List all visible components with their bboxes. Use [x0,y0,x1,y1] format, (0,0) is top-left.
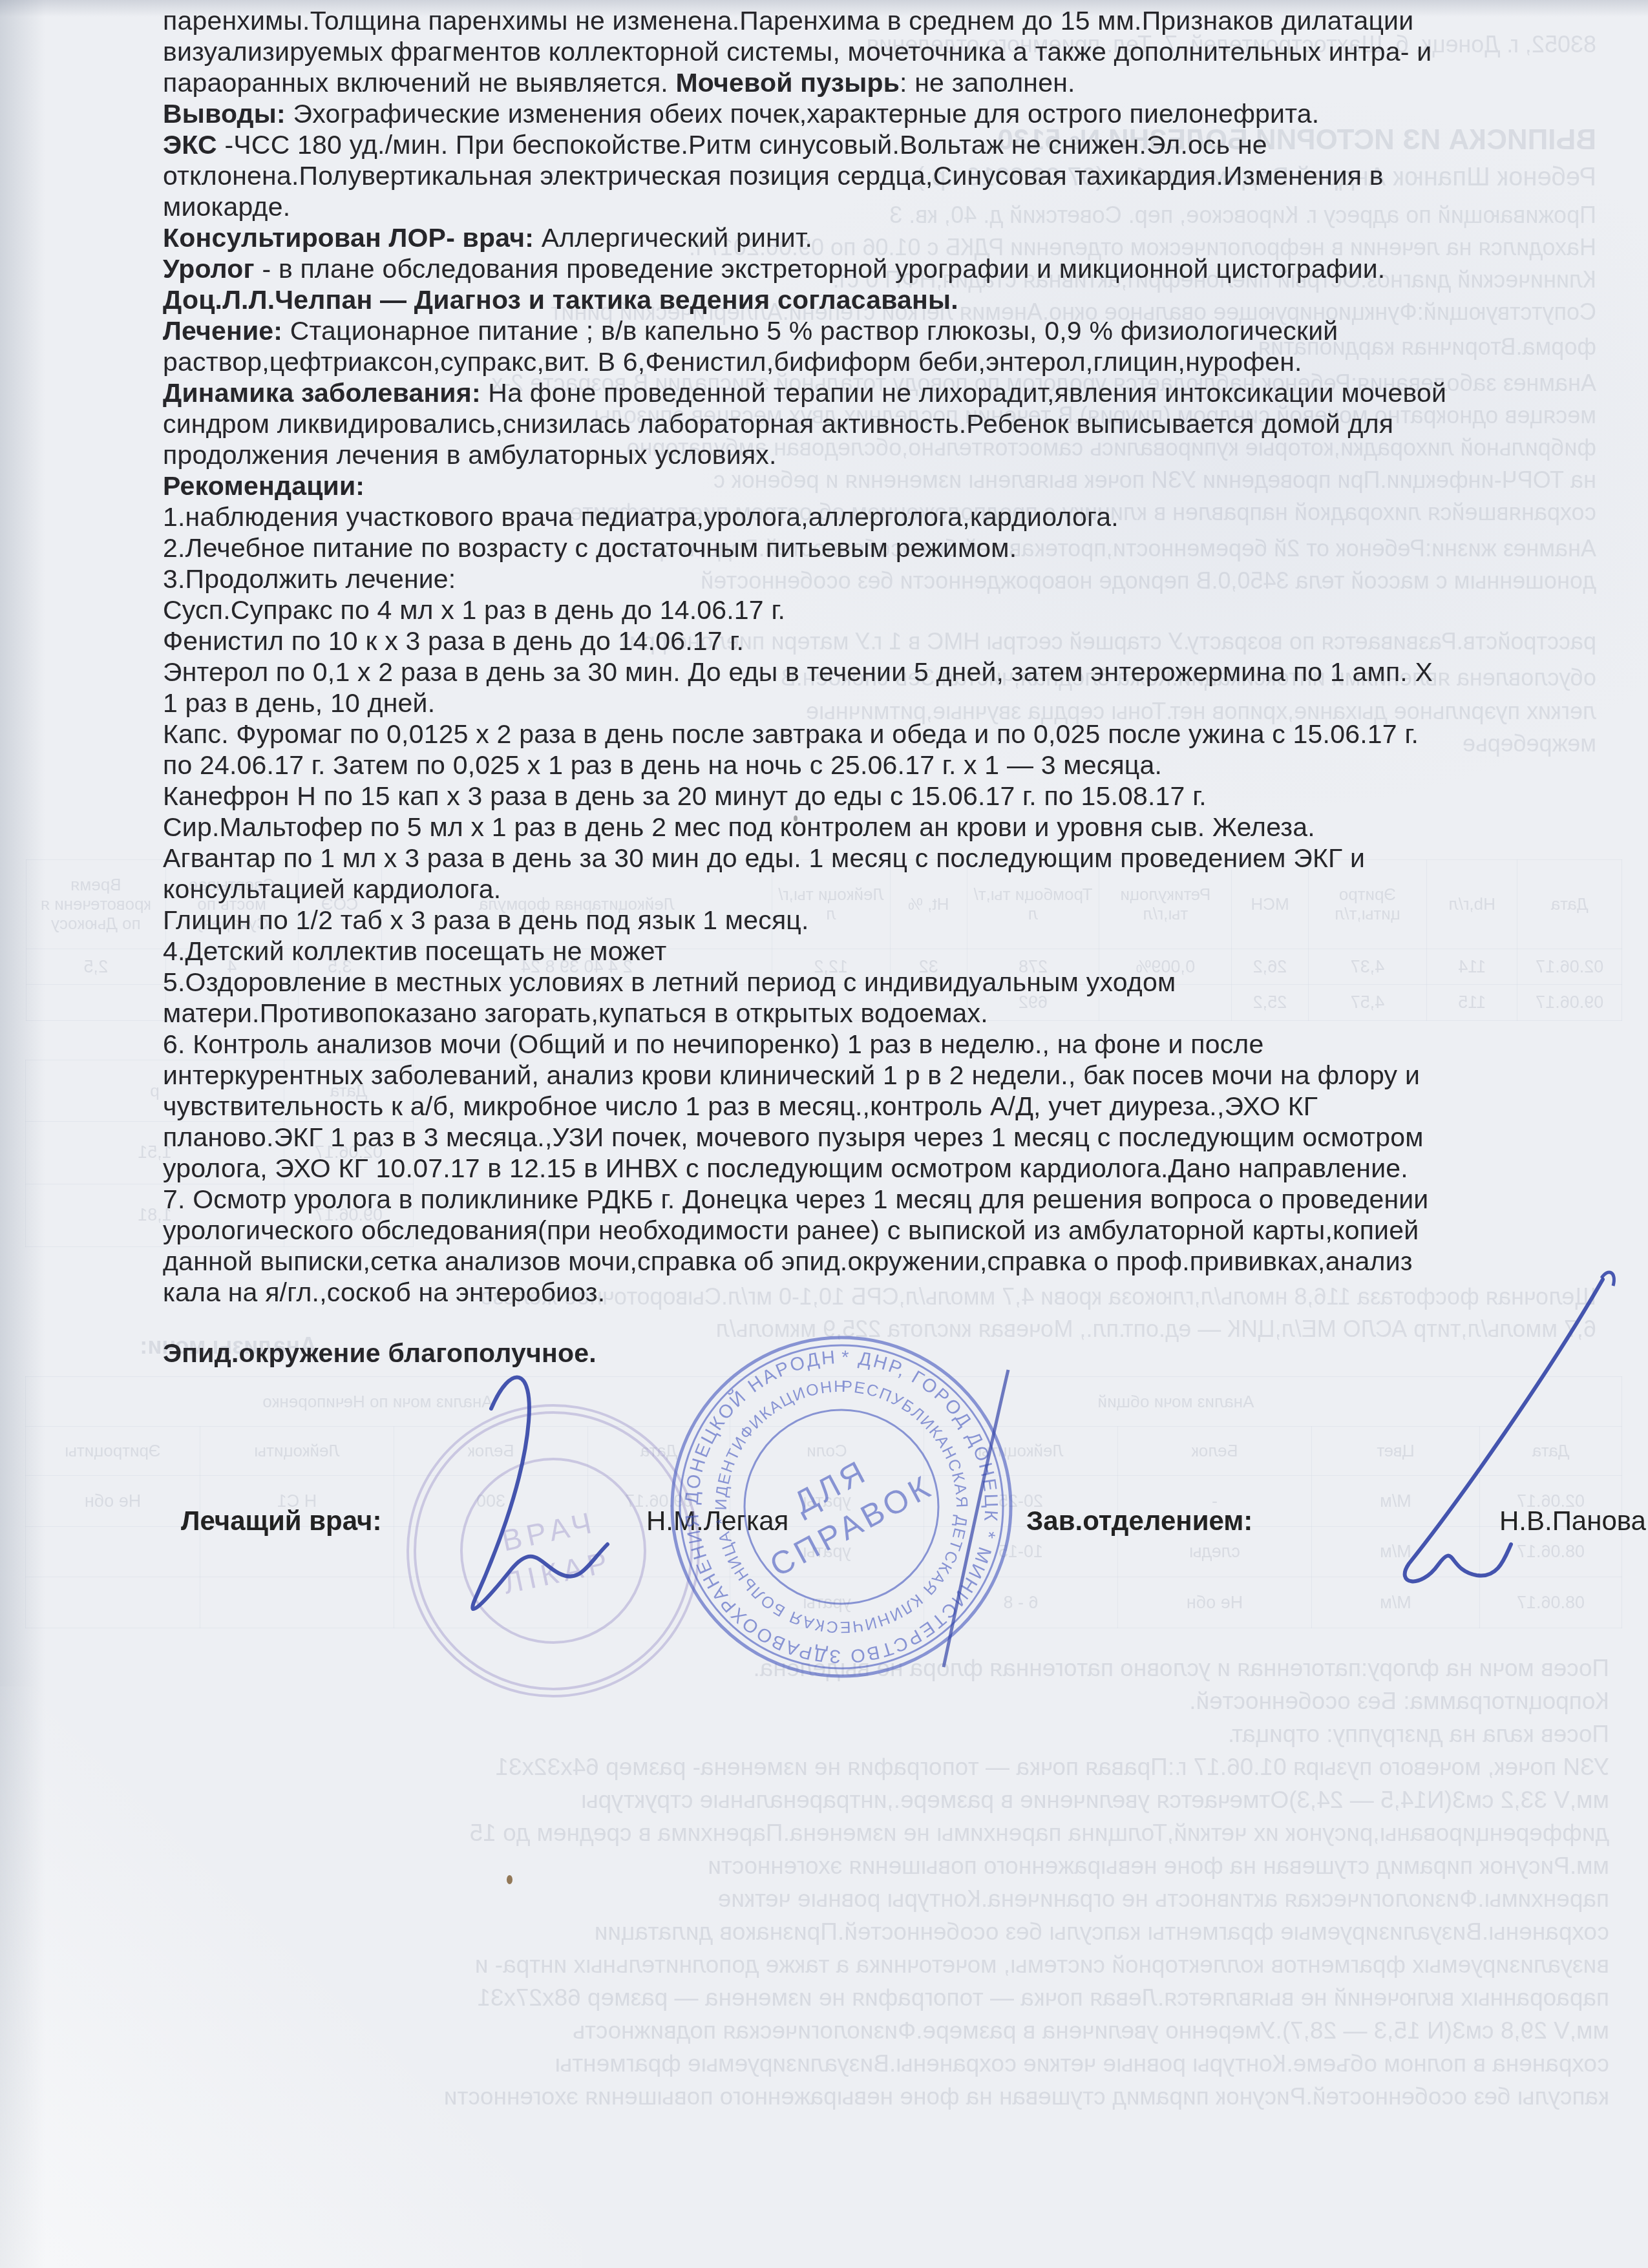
text-line: Глицин по 1/2 таб х 3 раза в день под яз… [163,905,1572,936]
bleed-text-line: мм,V 29,8 см3(N 15,3 — 28,7).Умеренно ув… [32,2014,1609,2047]
bleed-text-line: визуализируемых фрагментов коллекторной … [32,1948,1609,1981]
bleed-text-line: УЗИ почек, мочевого пузыря 01.06.17 г.:П… [32,1750,1609,1783]
text-line: Уролог - в плане обследования проведение… [163,253,1572,284]
text-line: паренхимы.Толщина паренхимы не изменена.… [163,5,1572,36]
text-line: Доц.Л.Л.Челпан — Диагноз и тактика веден… [163,284,1572,315]
text-line: 5.Оздоровление в местных условиях в летн… [163,967,1572,998]
text-line: по 24.06.17 г. Затем по 0,025 х 1 раз в … [163,750,1572,781]
text-line: отклонена.Полувертикальная электрическая… [163,160,1572,191]
text-line: синдром ликвидировались,снизилась лабора… [163,408,1572,439]
text-line: Динамика заболевания: На фоне проведенно… [163,377,1572,408]
bleed-text-line: Копроцитограмма: Без особенностей. [32,1685,1609,1717]
text-line: планово.ЭКГ 1 раз в 3 месяца.,УЗИ почек,… [163,1122,1572,1153]
paper-speck [794,815,798,821]
attending-doctor-label: Лечащий врач: [181,1506,381,1537]
text-line: ЭКС -ЧСС 180 уд./мин. При беспокойстве.Р… [163,129,1572,160]
text-line: Агвантар по 1 мл х 3 раза в день за 30 м… [163,843,1572,874]
text-line: 2.Лечебное питание по возрасту с достато… [163,532,1572,563]
bleed-text-line: паренхимы.Физиологическая активность не … [32,1882,1609,1915]
bleed-text-line: сохранена в полном объеме.Контуры ровные… [32,2047,1609,2080]
scanned-discharge-summary-page: { "colors":{"page_bg":"#edeff3","ink":"#… [0,0,1648,2268]
bleed-text-line: Посев кала на дизгруппу: отрицат. [32,1717,1609,1750]
text-line: параоранных включений не выявляется. Моч… [163,67,1572,98]
text-line: раствор,цефтриаксон,супракс,вит. В 6,Фен… [163,346,1572,377]
text-line: Выводы: Эхографические изменения обеих п… [163,98,1572,129]
text-line: 7. Осмотр уролога в поликлинике РДКБ г. … [163,1184,1572,1215]
bleed-text-line: мм.Рисунок пирамид стушеван на фоне невы… [32,1849,1609,1882]
bleed-text-line: параоранных включений не выявляется.Лева… [32,1981,1609,2014]
text-line: Энтерол по 0,1 х 2 раза в день за 30 мин… [163,656,1572,688]
head-of-department-signature [1215,1266,1629,1628]
text-line: Лечение: Стационарное питание ; в/в капе… [163,315,1572,346]
text-line: матери.Противопоказано загорать,купаться… [163,998,1572,1029]
bleed-text-line: капсулы без особенностей.Рисунок пирамид… [32,2080,1609,2113]
bleed-text-line: дифференцированы,рисунок их четкий,Толщи… [32,1816,1609,1849]
text-line: интеркурентных заболеваний, анализ крови… [163,1060,1572,1091]
text-line: 1.наблюдения участкового врача педиатра,… [163,501,1572,532]
text-line: Сусп.Супракс по 4 мл х 1 раз в день до 1… [163,594,1572,625]
text-line: чувствительность к а/б, микробное число … [163,1091,1572,1122]
bleed-text-line: сохранены.Визуализируемые фрагменты капс… [32,1915,1609,1948]
bleed-text-line: мм,V 33,2 см3(N14,5 — 24,3)Отмечается ув… [32,1783,1609,1816]
paper-speck [507,1875,512,1884]
text-line: Сир.Мальтофер по 5 мл х 1 раз в день 2 м… [163,812,1572,843]
front-text: паренхимы.Толщина паренхимы не изменена.… [163,5,1572,1369]
attending-doctor-signature [414,1350,685,1654]
text-line: продолжения лечения в амбулаторных услов… [163,439,1572,470]
text-line: 4.Детский коллектив посещать не может [163,936,1572,967]
bleed-ultrasound-text: Посев мочи на флору:патогенная и условно… [32,1652,1609,2113]
text-line: Консультирован ЛОР- врач: Аллергический … [163,222,1572,253]
text-line: консультацией кардиолога. [163,874,1572,905]
text-line: уролога, ЭХО КГ 10.07.17 в 12.15 в ИНВХ … [163,1153,1572,1184]
text-line: Фенистил по 10 к х 3 раза в день до 14.0… [163,625,1572,656]
pen-stroke-over-stamp [924,1363,1028,1674]
text-line: Рекомендации: [163,470,1572,501]
text-line: урологического обследования(при необходи… [163,1215,1572,1246]
text-line: 6. Контроль анализов мочи (Общий и по не… [163,1029,1572,1060]
text-line: Капс. Фуромаг по 0,0125 х 2 раза в день … [163,719,1572,750]
text-line: Канефрон Н по 15 кап х 3 раза в день за … [163,781,1572,812]
text-line: 1 раз в день, 10 дней. [163,688,1572,719]
text-line: миокарде. [163,191,1572,222]
text-line: 3.Продолжить лечение: [163,563,1572,594]
text-line: визуализируемых фрагментов коллекторной … [163,36,1572,67]
